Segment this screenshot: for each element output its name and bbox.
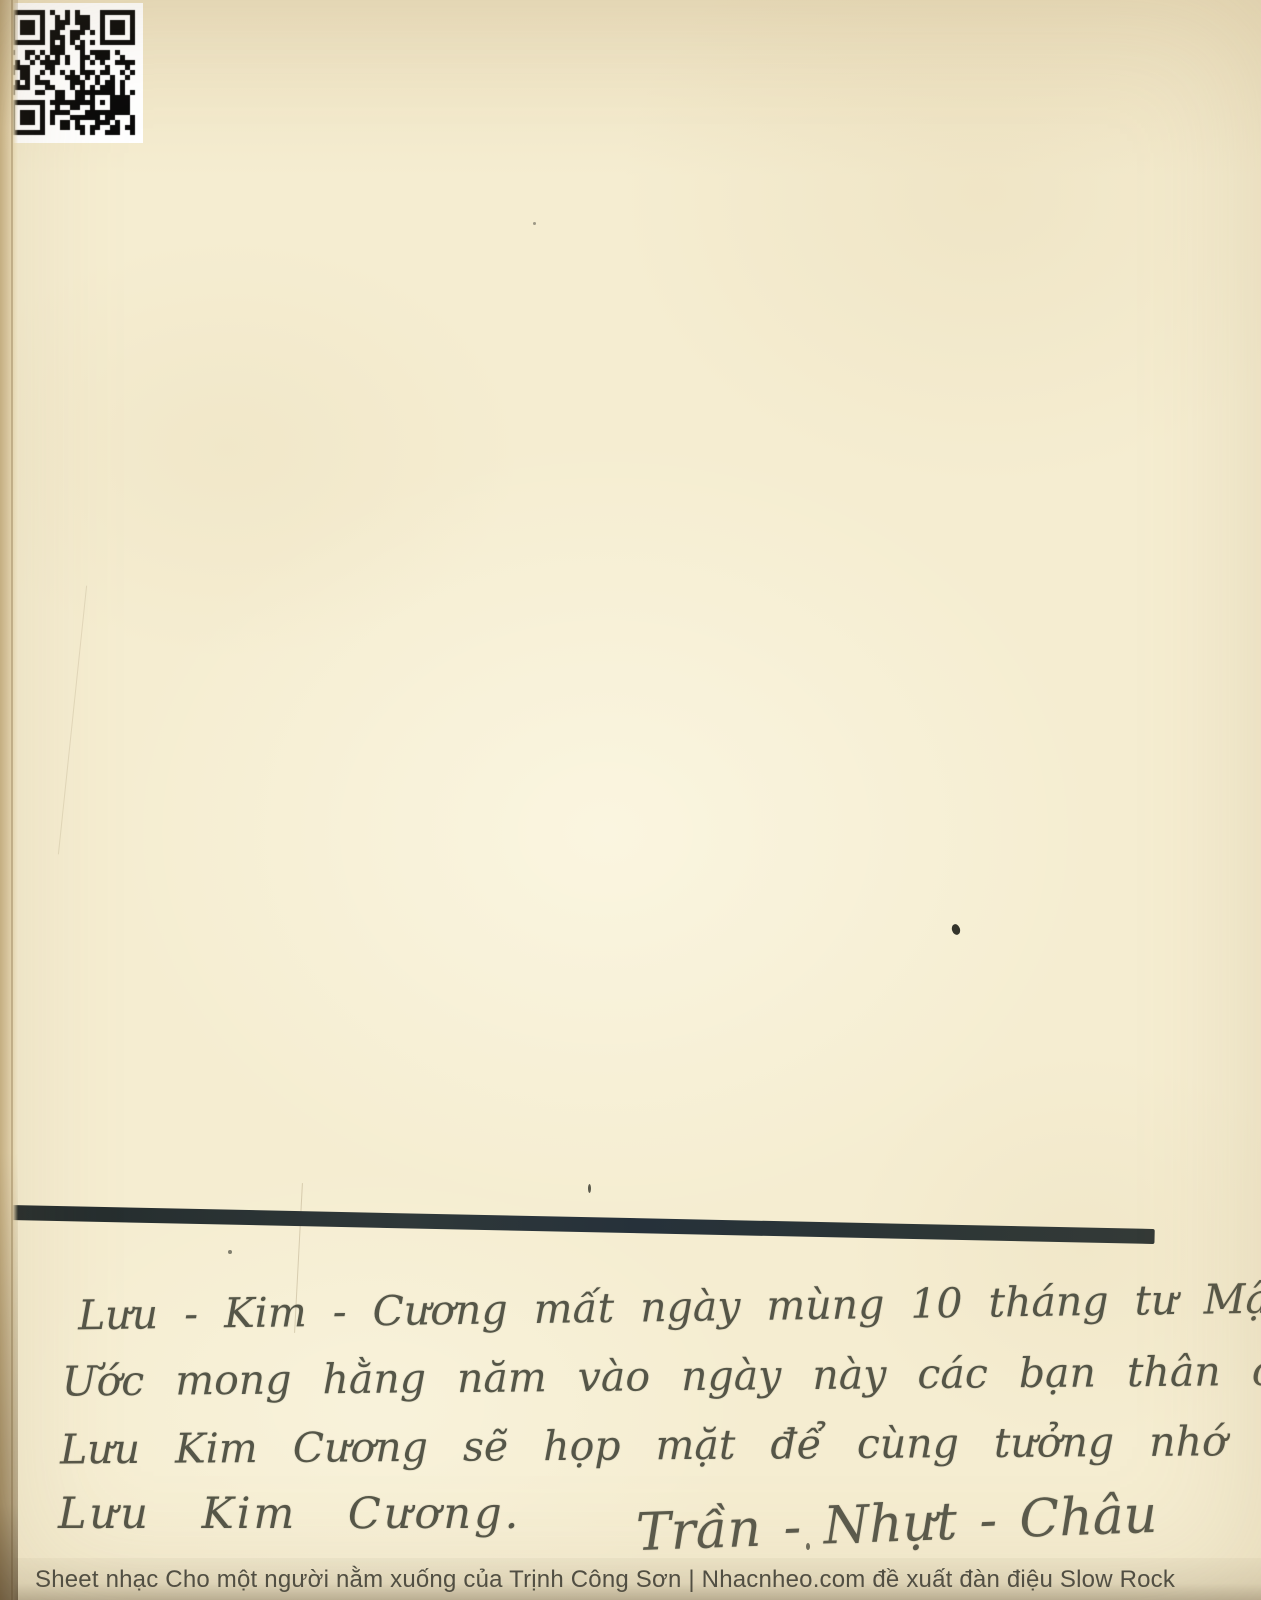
ink-speck — [533, 222, 536, 225]
handwriting-line-3: Lưu Kim Cương sẽ họp mặt để cùng tưởng n… — [60, 1417, 1261, 1474]
qr-code-icon — [3, 3, 143, 143]
paper-crease — [58, 586, 87, 855]
page-edge — [0, 0, 18, 1600]
ink-speck — [588, 1184, 591, 1193]
ink-speck — [228, 1250, 232, 1254]
signature: Trần - Nhựt - Châu — [635, 1485, 1158, 1563]
handwriting-line-4: Lưu Kim Cương. — [58, 1489, 521, 1539]
divider-line — [8, 1205, 1155, 1244]
ink-speck — [806, 1543, 810, 1550]
handwriting-line-2: Ước mong hằng năm vào ngày này các bạn t… — [62, 1346, 1261, 1405]
ink-speck — [950, 923, 961, 936]
handwriting-line-1: Lưu - Kim - Cương mất ngày mùng 10 tháng… — [78, 1273, 1261, 1340]
scanned-page: Lưu - Kim - Cương mất ngày mùng 10 tháng… — [0, 0, 1261, 1600]
caption-text: Sheet nhạc Cho một người nằm xuống của T… — [35, 1566, 1175, 1594]
